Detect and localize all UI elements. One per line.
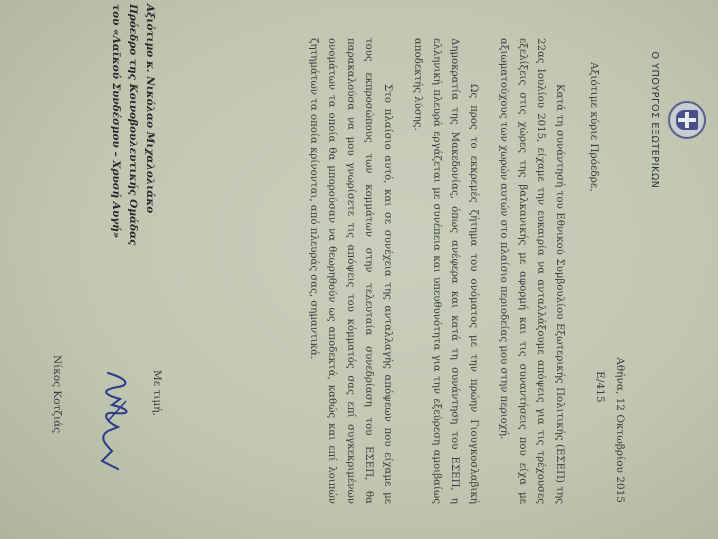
body-paragraph: Ως προς το εκκρεμές ζήτημα του ονόματος … (408, 38, 482, 504)
recipient-line: Πρόεδρο της Κοινοβουλευτικής Ομάδας (124, 4, 141, 246)
letter-date: Αθήνα, 12 Οκτωβρίου 2015 (614, 357, 626, 503)
letter-body: Κατά τη συνάντησή του Εθνικού Συμβουλίου… (292, 38, 569, 504)
reference-number: Ε/415 (594, 371, 606, 503)
salutation: Αξιότιμε κύριε Πρόεδρε, (588, 62, 600, 192)
date-block: Αθήνα, 12 Οκτωβρίου 2015 Ε/415 (594, 357, 626, 503)
ministry-title: Ο ΥΠΟΥΡΓΟΣ ΕΞΩΤΕΡΙΚΩΝ (649, 0, 660, 240)
letter-sheet: Ο ΥΠΟΥΡΓΟΣ ΕΞΩΤΕΡΙΚΩΝ Αθήνα, 12 Οκτωβρίο… (0, 0, 718, 539)
cross-shield-icon (676, 110, 698, 130)
signer-name: Νίκος Κοτζιάς (51, 355, 63, 433)
recipient-address: Αξιότιμο κ. Νικόλαο Μιχαλολιάκο Πρόεδρο … (107, 4, 158, 246)
letterhead: Ο ΥΠΟΥΡΓΟΣ ΕΞΩΤΕΡΙΚΩΝ (649, 0, 706, 240)
body-paragraph: Στο πλαίσιο αυτό, και σε συνέχεια της αν… (304, 38, 397, 504)
greek-coat-of-arms-icon (668, 101, 706, 139)
letter-photo: Ο ΥΠΟΥΡΓΟΣ ΕΞΩΤΕΡΙΚΩΝ Αθήνα, 12 Οκτωβρίο… (0, 0, 718, 539)
recipient-line: του «Λαϊκού Συνδέσμου – Χρυσή Αυγή» (107, 4, 124, 246)
recipient-line: Αξιότιμο κ. Νικόλαο Μιχαλολιάκο (141, 4, 158, 246)
body-paragraph: Κατά τη συνάντησή του Εθνικού Συμβουλίου… (494, 38, 568, 504)
closing: Με τιμή, (151, 370, 163, 416)
signature-icon (78, 365, 148, 475)
